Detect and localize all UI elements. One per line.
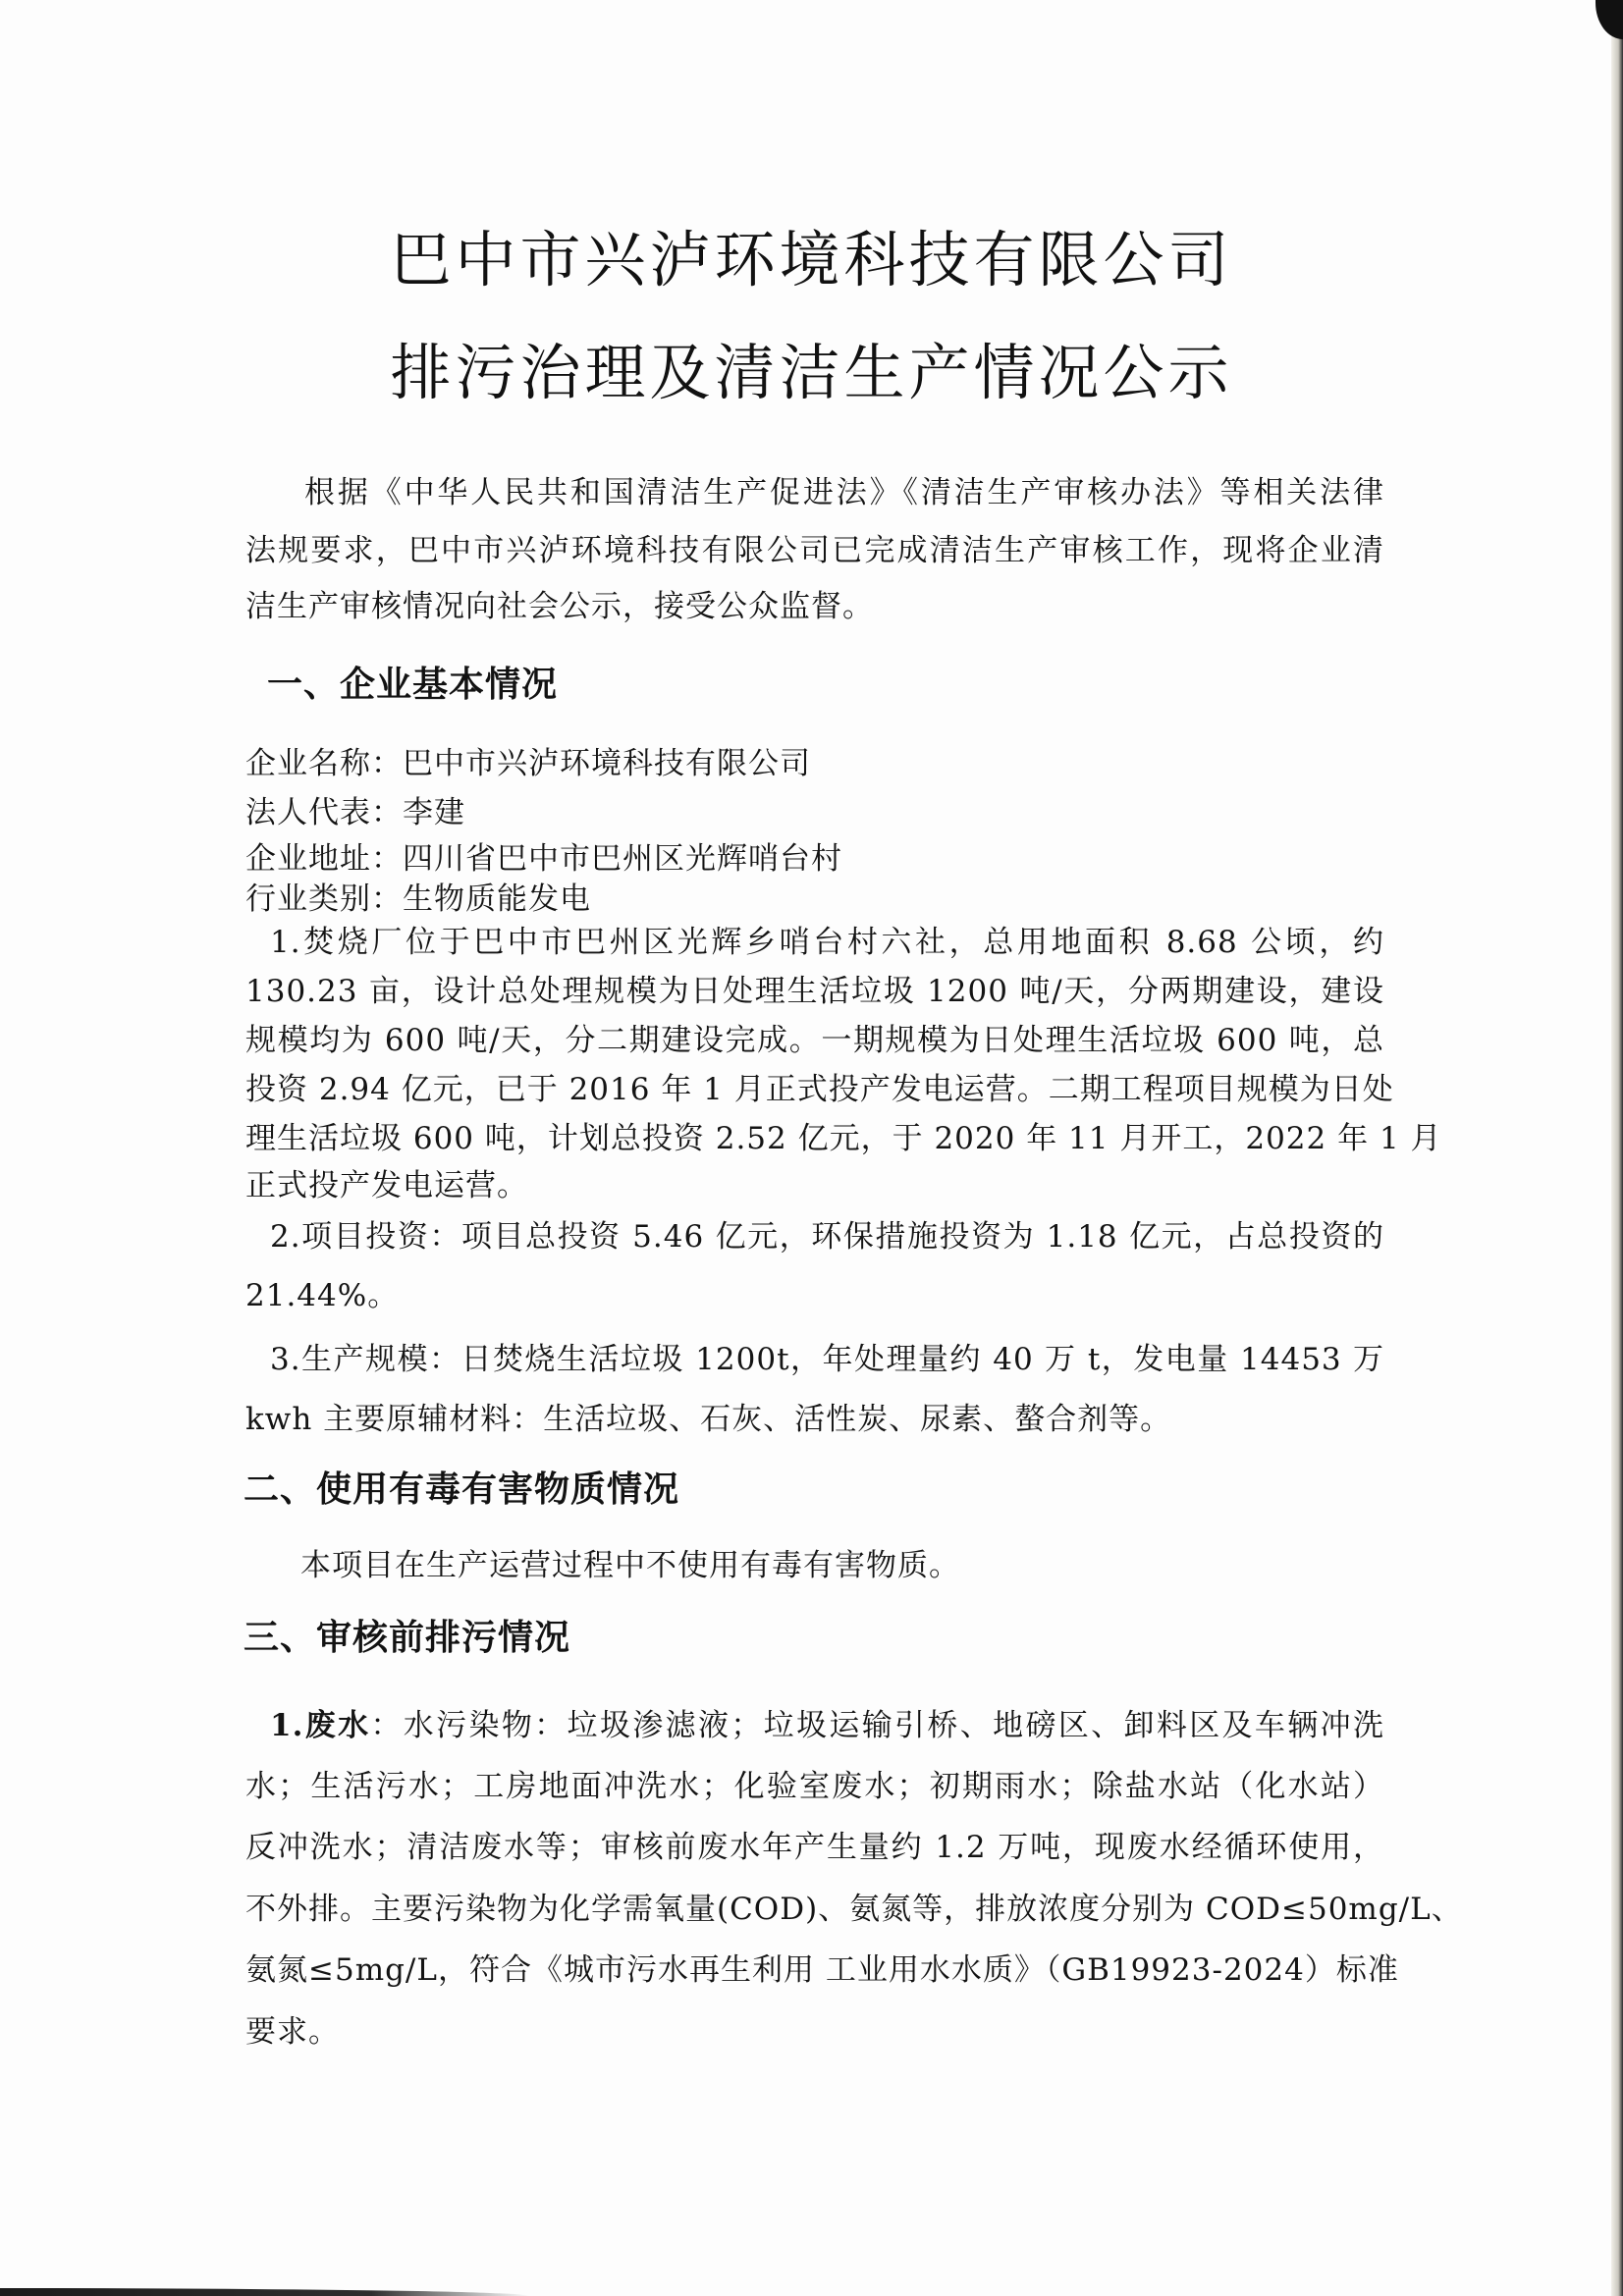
wastewater-text: ：水污染物：垃圾渗滤液；垃圾运输引桥、地磅区、卸料区及车辆冲洗 bbox=[370, 1708, 1384, 1743]
info-label: 企业名称： bbox=[245, 746, 403, 781]
section-heading-toxic-substances: 二、使用有毒有害物质情况 bbox=[243, 1468, 679, 1512]
document-title-company: 巴中市兴泸环境科技有限公司 bbox=[0, 211, 1623, 298]
info-row-industry: 行业类别：生物质能发电 bbox=[245, 880, 1384, 919]
wastewater-line: 不外排。主要污染物为化学需氧量(COD)、氨氮等，排放浓度分别为 COD≤50m… bbox=[245, 1890, 1384, 1929]
intro-line: 根据《中华人民共和国清洁生产促进法》《清洁生产审核办法》等相关法律 bbox=[304, 473, 1384, 512]
section2-body: 本项目在生产运营过程中不使用有毒有害物质。 bbox=[300, 1546, 1439, 1585]
info-row-legal-rep: 法人代表：李建 bbox=[245, 793, 1384, 832]
wastewater-line: 反冲洗水；清洁废水等；审核前废水年产生量约 1.2 万吨，现废水经循环使用， bbox=[245, 1828, 1384, 1867]
info-label: 企业地址： bbox=[245, 841, 403, 877]
document-title-subject: 排污治理及清洁生产情况公示 bbox=[0, 324, 1623, 411]
item1-line: 正式投产发电运营。 bbox=[245, 1166, 1384, 1205]
section-heading-pre-audit-emissions: 三、审核前排污情况 bbox=[243, 1617, 570, 1660]
info-value: 生物质能发电 bbox=[403, 881, 591, 917]
info-value: 四川省巴中市巴州区光辉哨台村 bbox=[403, 841, 842, 877]
item1-line: 理生活垃圾 600 吨，计划总投资 2.52 亿元，于 2020 年 11 月开… bbox=[245, 1119, 1384, 1158]
item1-line: 1.焚烧厂位于巴中市巴州区光辉乡哨台村六社，总用地面积 8.68 公顷，约 bbox=[270, 923, 1384, 962]
info-value: 巴中市兴泸环境科技有限公司 bbox=[403, 746, 811, 781]
item2-line: 2.项目投资：项目总投资 5.46 亿元，环保措施投资为 1.18 亿元，占总投… bbox=[270, 1217, 1384, 1256]
intro-line: 洁生产审核情况向社会公示，接受公众监督。 bbox=[245, 587, 1384, 626]
item1-line: 投资 2.94 亿元，已于 2016 年 1 月正式投产发电运营。二期工程项目规… bbox=[245, 1070, 1384, 1109]
intro-line: 法规要求，巴中市兴泸环境科技有限公司已完成清洁生产审核工作，现将企业清 bbox=[245, 531, 1384, 570]
info-value: 李建 bbox=[403, 795, 465, 830]
item2-line: 21.44%。 bbox=[245, 1276, 1384, 1315]
wastewater-line: 水；生活污水；工房地面冲洗水；化验室废水；初期雨水；除盐水站（化水站） bbox=[245, 1767, 1384, 1806]
section-heading-basic-info: 一、企业基本情况 bbox=[267, 664, 558, 707]
item1-line: 130.23 亩，设计总处理规模为日处理生活垃圾 1200 吨/天，分两期建设，… bbox=[245, 972, 1384, 1011]
document-page: 巴中市兴泸环境科技有限公司 排污治理及清洁生产情况公示 根据《中华人民共和国清洁… bbox=[0, 0, 1623, 2296]
wastewater-label: 1.废水 bbox=[270, 1708, 370, 1743]
wastewater-line: 氨氮≤5mg/L，符合《城市污水再生利用 工业用水水质》（GB19923-202… bbox=[245, 1950, 1384, 1990]
info-label: 行业类别： bbox=[245, 881, 403, 917]
info-row-address: 企业地址：四川省巴中市巴州区光辉哨台村 bbox=[245, 839, 1384, 879]
item1-line: 规模均为 600 吨/天，分二期建设完成。一期规模为日处理生活垃圾 600 吨，… bbox=[245, 1021, 1384, 1060]
info-label: 法人代表： bbox=[245, 795, 403, 830]
wastewater-line: 要求。 bbox=[245, 2012, 1384, 2052]
info-row-company-name: 企业名称：巴中市兴泸环境科技有限公司 bbox=[245, 744, 1384, 783]
item3-line: kwh 主要原辅材料：生活垃圾、石灰、活性炭、尿素、螯合剂等。 bbox=[245, 1400, 1384, 1439]
item3-line: 3.生产规模：日焚烧生活垃圾 1200t，年处理量约 40 万 t，发电量 14… bbox=[270, 1340, 1384, 1379]
wastewater-line: 1.废水：水污染物：垃圾渗滤液；垃圾运输引桥、地磅区、卸料区及车辆冲洗 bbox=[270, 1706, 1384, 1745]
